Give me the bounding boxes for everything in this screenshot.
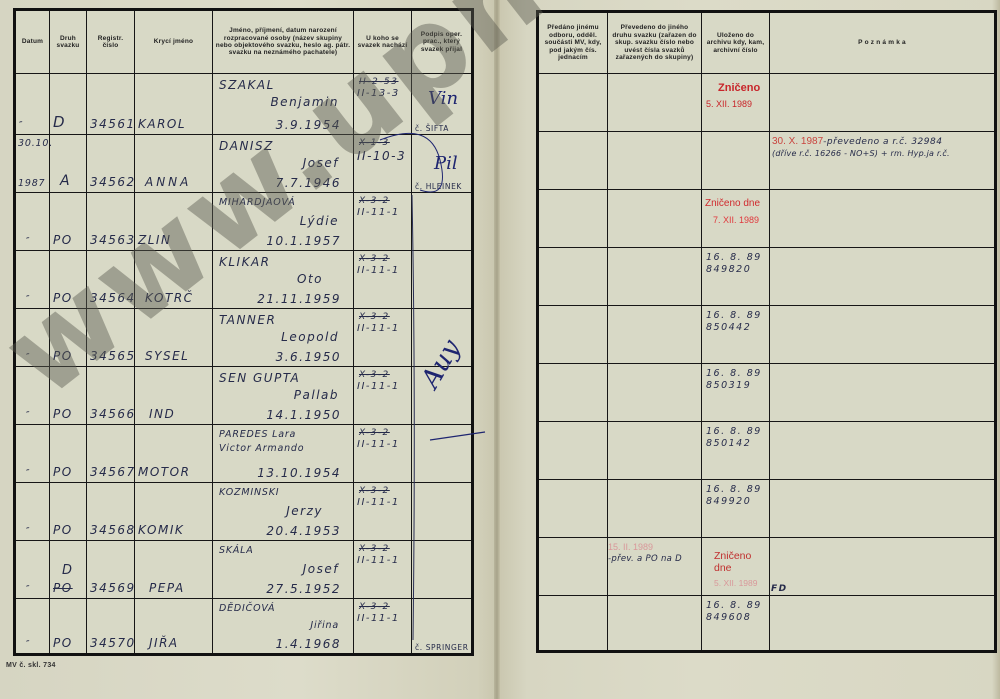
cell-druh: PO bbox=[50, 309, 87, 367]
table-row: 16. 8. 89 849920 bbox=[538, 480, 996, 538]
header-podpis: Podpis oper. prac., který svazek přijal bbox=[412, 10, 473, 74]
cell-poznamka bbox=[770, 480, 996, 538]
cell-poznamka bbox=[770, 596, 996, 652]
cell-ulozeno: 16. 8. 89 850319 bbox=[702, 364, 770, 422]
form-code: MV č. skl. 734 bbox=[6, 662, 56, 669]
cell-u-koho: II-2-53 II-13-3 bbox=[354, 74, 412, 135]
cell-ulozeno: 16. 8. 89 849820 bbox=[702, 248, 770, 306]
cell-druh: PO bbox=[50, 367, 87, 425]
date-stamp: 15. II. 1989 bbox=[608, 542, 653, 552]
cell-druh: A bbox=[50, 135, 87, 193]
cell-ulozeno: Zničeno dne 5. XII. 1989 bbox=[702, 538, 770, 596]
cell-druh: D PO bbox=[50, 541, 87, 599]
cell-prevedeno bbox=[608, 132, 702, 190]
table-row: ″ D 34561 KAROL SZAKAL Benjamin 3.9.1954… bbox=[15, 74, 473, 135]
ledger-table-right: Předáno jinému odboru, odděl. součásti M… bbox=[536, 10, 997, 653]
cell-kryci: KAROL bbox=[135, 74, 213, 135]
header-poznamka: P o z n á m k a bbox=[770, 12, 996, 74]
table-row: Zničeno dne 7. XII. 1989 bbox=[538, 190, 996, 248]
table-row: ″ PO 34570 JIŘA DĚDIČOVÁ Jiřina 1.4.1968… bbox=[15, 599, 473, 655]
cell-datum: ″ bbox=[15, 193, 50, 251]
cell-datum: ″ bbox=[15, 599, 50, 655]
cell-predano bbox=[538, 306, 608, 364]
cell-predano bbox=[538, 422, 608, 480]
archive-number: 850142 bbox=[706, 438, 762, 450]
cell-kryci: PEPA bbox=[135, 541, 213, 599]
cell-ulozeno: Zničeno dne 7. XII. 1989 bbox=[702, 190, 770, 248]
archive-date: 16. 8. 89 bbox=[706, 484, 762, 496]
cell-datum: ″ bbox=[15, 425, 50, 483]
cell-datum: 30.10. 1987 bbox=[15, 135, 50, 193]
cell-predano bbox=[538, 538, 608, 596]
cell-poznamka bbox=[770, 74, 996, 132]
cell-kryci: ANNA bbox=[135, 135, 213, 193]
cell-kryci: IND bbox=[135, 367, 213, 425]
cell-jmeno: MIHARDJAOVÁ Lýdie 10.1.1957 bbox=[213, 193, 354, 251]
cell-jmeno: TANNER Leopold 3.6.1950 bbox=[213, 309, 354, 367]
archive-date: 16. 8. 89 bbox=[706, 252, 762, 264]
cell-poznamka bbox=[770, 422, 996, 480]
cell-prevedeno bbox=[608, 422, 702, 480]
cell-predano bbox=[538, 248, 608, 306]
table-row: Zničeno 5. XII. 1989 bbox=[538, 74, 996, 132]
header-ulozeno: Uloženo do archivu kdy, kam, archivní čí… bbox=[702, 12, 770, 74]
cell-predano bbox=[538, 364, 608, 422]
header-datum: Datum bbox=[15, 10, 50, 74]
signature: Vin bbox=[428, 88, 458, 109]
cell-u-koho: X-3-2 II-11-1 bbox=[354, 193, 412, 251]
archive-number: 849608 bbox=[706, 612, 762, 624]
cell-kryci: SYSEL bbox=[135, 309, 213, 367]
cell-podpis: č. SPRINGER bbox=[412, 599, 473, 655]
destroyed-stamp: Zničeno dne bbox=[714, 550, 769, 574]
cell-prevedeno bbox=[608, 190, 702, 248]
cell-ulozeno: 16. 8. 89 850142 bbox=[702, 422, 770, 480]
header-row: Datum Druh svazku Registr. číslo Krycí j… bbox=[15, 10, 473, 74]
cell-kryci: ZLIN bbox=[135, 193, 213, 251]
cell-prevedeno bbox=[608, 306, 702, 364]
cell-jmeno: SEN GUPTA Pallab 14.1.1950 bbox=[213, 367, 354, 425]
cell-druh: PO bbox=[50, 251, 87, 309]
table-row: 16. 8. 89 849608 bbox=[538, 596, 996, 652]
cell-jmeno: DANISZ Josef 7.7.1946 bbox=[213, 135, 354, 193]
table-row: 16. 8. 89 850142 bbox=[538, 422, 996, 480]
book-spine bbox=[494, 0, 500, 699]
cell-poznamka bbox=[770, 248, 996, 306]
cell-kryci: KOTRČ bbox=[135, 251, 213, 309]
cell-jmeno: DĚDIČOVÁ Jiřina 1.4.1968 bbox=[213, 599, 354, 655]
cell-podpis bbox=[412, 425, 473, 483]
header-row: Předáno jinému odboru, odděl. součásti M… bbox=[538, 12, 996, 74]
cell-predano bbox=[538, 480, 608, 538]
ledger-table-left: Datum Druh svazku Registr. číslo Krycí j… bbox=[13, 8, 474, 656]
cell-podpis: Auy bbox=[412, 367, 473, 425]
archive-date: 16. 8. 89 bbox=[706, 368, 762, 380]
cell-druh: PO bbox=[50, 483, 87, 541]
cell-datum: ″ bbox=[15, 483, 50, 541]
cell-reg: 34569 bbox=[87, 541, 135, 599]
table-row: 16. 8. 89 850442 bbox=[538, 306, 996, 364]
header-predano: Předáno jinému odboru, odděl. součásti M… bbox=[538, 12, 608, 74]
cell-datum: ″ bbox=[15, 74, 50, 135]
cell-podpis: Pil č. HLEINEK bbox=[412, 135, 473, 193]
cell-druh: PO bbox=[50, 193, 87, 251]
archive-number: 850319 bbox=[706, 380, 762, 392]
date-stamp: 30. X. 1987 bbox=[772, 136, 823, 147]
cell-datum: ″ bbox=[15, 367, 50, 425]
cell-podpis bbox=[412, 251, 473, 309]
archive-date: 16. 8. 89 bbox=[706, 426, 762, 438]
cell-ulozeno bbox=[702, 132, 770, 190]
cell-reg: 34562 bbox=[87, 135, 135, 193]
cell-prevedeno bbox=[608, 364, 702, 422]
cell-poznamka bbox=[770, 364, 996, 422]
cell-u-koho: X-3-2 II-11-1 bbox=[354, 599, 412, 655]
cell-reg: 34563 bbox=[87, 193, 135, 251]
cell-ulozeno: 16. 8. 89 850442 bbox=[702, 306, 770, 364]
cell-predano bbox=[538, 190, 608, 248]
table-row: ″ D PO 34569 PEPA SKÁLA Josef 27.5.1952 … bbox=[15, 541, 473, 599]
cell-jmeno: PAREDES Lara Victor Armando 13.10.1954 bbox=[213, 425, 354, 483]
table-row: 15. II. 1989 -přev. a PO na D Zničeno dn… bbox=[538, 538, 996, 596]
cell-ulozeno: 16. 8. 89 849920 bbox=[702, 480, 770, 538]
table-row: ″ PO 34566 IND SEN GUPTA Pallab 14.1.195… bbox=[15, 367, 473, 425]
header-prevedeno: Převedeno do jiného druhu svazku (zařaze… bbox=[608, 12, 702, 74]
cell-u-koho: X-1-3 II-10-3 bbox=[354, 135, 412, 193]
cell-reg: 34570 bbox=[87, 599, 135, 655]
table-row: 30. X. 1987-převedeno a r.č. 32984 (dřív… bbox=[538, 132, 996, 190]
cell-jmeno: SZAKAL Benjamin 3.9.1954 bbox=[213, 74, 354, 135]
cell-poznamka bbox=[770, 306, 996, 364]
table-row: 30.10. 1987 A 34562 ANNA DANISZ Josef 7.… bbox=[15, 135, 473, 193]
cell-druh: PO bbox=[50, 599, 87, 655]
table-row: ″ PO 34564 KOTRČ KLIKAR Oto 21.11.1959 X… bbox=[15, 251, 473, 309]
cell-predano bbox=[538, 596, 608, 652]
cell-jmeno: KOZMINSKI Jerzy 20.4.1953 bbox=[213, 483, 354, 541]
cell-poznamka: 30. X. 1987-převedeno a r.č. 32984 (dřív… bbox=[770, 132, 996, 190]
cell-podpis bbox=[412, 483, 473, 541]
destroyed-stamp: Zničeno dne bbox=[705, 198, 760, 210]
cell-ulozeno: 16. 8. 89 849608 bbox=[702, 596, 770, 652]
cell-predano bbox=[538, 132, 608, 190]
cell-kryci: JIŘA bbox=[135, 599, 213, 655]
cell-podpis bbox=[412, 541, 473, 599]
cell-u-koho: X-3-2 II-11-1 bbox=[354, 309, 412, 367]
cell-datum: ″ bbox=[15, 541, 50, 599]
cell-prevedeno bbox=[608, 74, 702, 132]
cell-kryci: KOMIK bbox=[135, 483, 213, 541]
table-row: ″ PO 34567 MOTOR PAREDES Lara Victor Arm… bbox=[15, 425, 473, 483]
destroyed-stamp: Zničeno bbox=[718, 82, 760, 94]
archive-number: 849920 bbox=[706, 496, 762, 508]
cell-prevedeno: 15. II. 1989 -přev. a PO na D bbox=[608, 538, 702, 596]
cell-reg: 34561 bbox=[87, 74, 135, 135]
cell-reg: 34568 bbox=[87, 483, 135, 541]
cell-druh: D bbox=[50, 74, 87, 135]
cell-podpis bbox=[412, 193, 473, 251]
header-druh-svazku: Druh svazku bbox=[50, 10, 87, 74]
cell-poznamka: FD bbox=[770, 538, 996, 596]
cell-jmeno: SKÁLA Josef 27.5.1952 bbox=[213, 541, 354, 599]
cell-predano bbox=[538, 74, 608, 132]
cell-ulozeno: Zničeno 5. XII. 1989 bbox=[702, 74, 770, 132]
table-row: 16. 8. 89 849820 bbox=[538, 248, 996, 306]
cell-reg: 34564 bbox=[87, 251, 135, 309]
header-kryci-jmeno: Krycí jméno bbox=[135, 10, 213, 74]
note-initials: FD bbox=[771, 584, 788, 594]
cell-kryci: MOTOR bbox=[135, 425, 213, 483]
header-u-koho: U koho se svazek nachází bbox=[354, 10, 412, 74]
archive-number: 850442 bbox=[706, 322, 762, 334]
cell-podpis: Vin č. ŠIFTA bbox=[412, 74, 473, 135]
cell-reg: 34567 bbox=[87, 425, 135, 483]
cell-u-koho: X-3-2 II-11-1 bbox=[354, 541, 412, 599]
cell-poznamka bbox=[770, 190, 996, 248]
header-registr-cislo: Registr. číslo bbox=[87, 10, 135, 74]
archive-date: 16. 8. 89 bbox=[706, 600, 762, 612]
cell-druh: PO bbox=[50, 425, 87, 483]
cell-datum: ″ bbox=[15, 251, 50, 309]
table-row: ″ PO 34568 KOMIK KOZMINSKI Jerzy 20.4.19… bbox=[15, 483, 473, 541]
cell-u-koho: X-3-2 II-11-1 bbox=[354, 483, 412, 541]
cell-jmeno: KLIKAR Oto 21.11.1959 bbox=[213, 251, 354, 309]
archive-date: 16. 8. 89 bbox=[706, 310, 762, 322]
cell-u-koho: X-3-2 II-11-1 bbox=[354, 425, 412, 483]
header-jmeno-prijmeni: Jméno, příjmení, datum narození rozpraco… bbox=[213, 10, 354, 74]
cell-prevedeno bbox=[608, 248, 702, 306]
table-row: 16. 8. 89 850319 bbox=[538, 364, 996, 422]
cell-reg: 34565 bbox=[87, 309, 135, 367]
signature: Pil bbox=[434, 153, 458, 174]
cell-prevedeno bbox=[608, 480, 702, 538]
cell-prevedeno bbox=[608, 596, 702, 652]
cell-reg: 34566 bbox=[87, 367, 135, 425]
cell-datum: ″ bbox=[15, 309, 50, 367]
table-row: ″ PO 34565 SYSEL TANNER Leopold 3.6.1950… bbox=[15, 309, 473, 367]
archive-number: 849820 bbox=[706, 264, 762, 276]
table-row: ″ PO 34563 ZLIN MIHARDJAOVÁ Lýdie 10.1.1… bbox=[15, 193, 473, 251]
cell-u-koho: X-3-2 II-11-1 bbox=[354, 367, 412, 425]
cell-u-koho: X-3-2 II-11-1 bbox=[354, 251, 412, 309]
